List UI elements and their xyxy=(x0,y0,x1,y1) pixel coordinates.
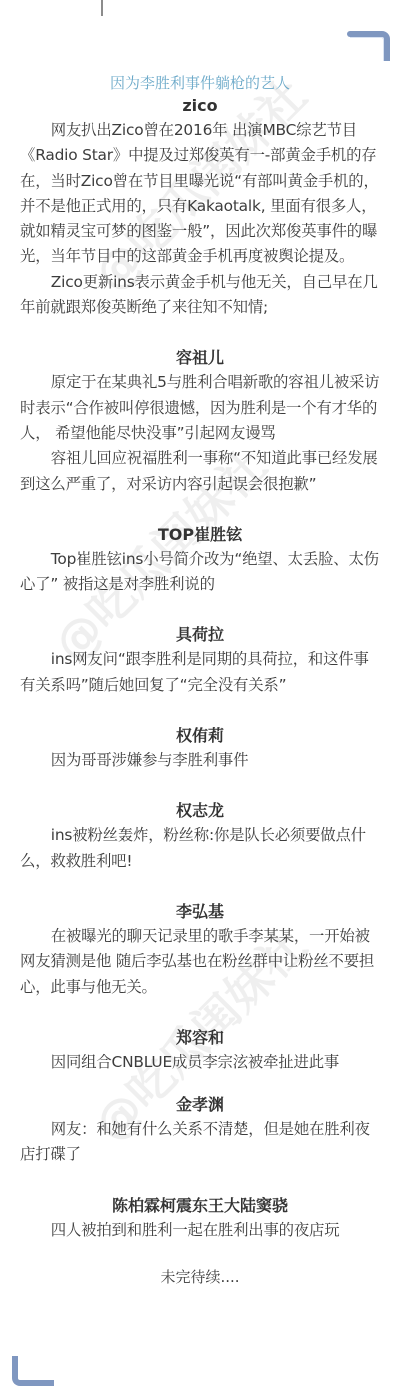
paragraph: 容祖儿回应祝福胜利一事称“不知道此事已经发展到这么严重了，对采访内容引起误会很抱… xyxy=(20,446,380,497)
to-be-continued: 未完待续.... xyxy=(20,1265,380,1289)
artist-name: 金孝渊 xyxy=(20,1093,380,1117)
section-jinxiaoyuan: 金孝渊 网友：和她有什么关系不清楚，但是她在胜利夜店打碟了 xyxy=(20,1093,380,1168)
top-divider-line xyxy=(101,0,103,16)
paragraph: 在被曝光的聊天记录里的歌手李某某，一开始被网友猜测是他 随后李弘基也在粉丝群中让… xyxy=(20,924,380,1000)
paragraph: 因同组合CNBLUE成员李宗泫被牵扯进此事 xyxy=(20,1050,380,1075)
section-quanzhilong: 权志龙 ins被粉丝轰炸，粉丝称:你是队长必须要做点什么，救救胜利吧! xyxy=(20,799,380,874)
paragraph: Top崔胜铉ins小号简介改为“绝望、太丢脸、太伤心了” 被指这是对李胜利说的 xyxy=(20,547,380,598)
artist-name: 权侑莉 xyxy=(20,724,380,748)
article-body: 因为李胜利事件躺枪的艺人 zico 网友扒出Zico曾在2016年 出演MBC综… xyxy=(20,72,380,1289)
paragraph: 网友扒出Zico曾在2016年 出演MBC综艺节目《Radio Star》中提及… xyxy=(20,118,380,270)
artist-name: 具荷拉 xyxy=(20,623,380,647)
corner-bracket-bottom-left-icon xyxy=(12,1356,54,1386)
artist-name: 郑容和 xyxy=(20,1026,380,1050)
section-zhengronghe: 郑容和 因同组合CNBLUE成员李宗泫被牵扯进此事 xyxy=(20,1026,380,1075)
section-zico: zico 网友扒出Zico曾在2016年 出演MBC综艺节目《Radio Sta… xyxy=(20,94,380,320)
section-juhela: 具荷拉 ins网友问“跟李胜利是同期的具荷拉，和这件事有关系吗”随后她回复了“完… xyxy=(20,623,380,698)
paragraph: ins被粉丝轰炸，粉丝称:你是队长必须要做点什么，救救胜利吧! xyxy=(20,823,380,874)
artist-name: 陈柏霖柯震东王大陆窦骁 xyxy=(20,1194,380,1218)
section-top: TOP崔胜铉 Top崔胜铉ins小号简介改为“绝望、太丢脸、太伤心了” 被指这是… xyxy=(20,523,380,598)
paragraph: 原定于在某典礼5与胜利合唱新歌的容祖儿被采访时表示“合作被叫停很遗憾，因为胜利是… xyxy=(20,370,380,446)
artist-name: zico xyxy=(20,94,380,118)
section-group-four: 陈柏霖柯震东王大陆窦骁 四人被拍到和胜利一起在胜利出事的夜店玩 xyxy=(20,1194,380,1243)
article-title: 因为李胜利事件躺枪的艺人 xyxy=(20,72,380,94)
artist-name: 权志龙 xyxy=(20,799,380,823)
section-quanyouli: 权侑莉 因为哥哥涉嫌参与李胜利事件 xyxy=(20,724,380,773)
artist-name: 李弘基 xyxy=(20,900,380,924)
artist-name: TOP崔胜铉 xyxy=(20,523,380,547)
paragraph: 网友：和她有什么关系不清楚，但是她在胜利夜店打碟了 xyxy=(20,1117,380,1168)
corner-bracket-top-right-icon xyxy=(350,31,390,61)
section-rongzuer: 容祖儿 原定于在某典礼5与胜利合唱新歌的容祖儿被采访时表示“合作被叫停很遗憾，因… xyxy=(20,346,380,496)
artist-name: 容祖儿 xyxy=(20,346,380,370)
paragraph: 因为哥哥涉嫌参与李胜利事件 xyxy=(20,748,380,773)
paragraph: ins网友问“跟李胜利是同期的具荷拉，和这件事有关系吗”随后她回复了“完全没有关… xyxy=(20,647,380,698)
section-lihongji: 李弘基 在被曝光的聊天记录里的歌手李某某，一开始被网友猜测是他 随后李弘基也在粉… xyxy=(20,900,380,1000)
paragraph: 四人被拍到和胜利一起在胜利出事的夜店玩 xyxy=(20,1218,380,1243)
paragraph: Zico更新ins表示黄金手机与他无关，自己早在几年前就跟郑俊英断绝了来往知不知… xyxy=(20,270,380,321)
